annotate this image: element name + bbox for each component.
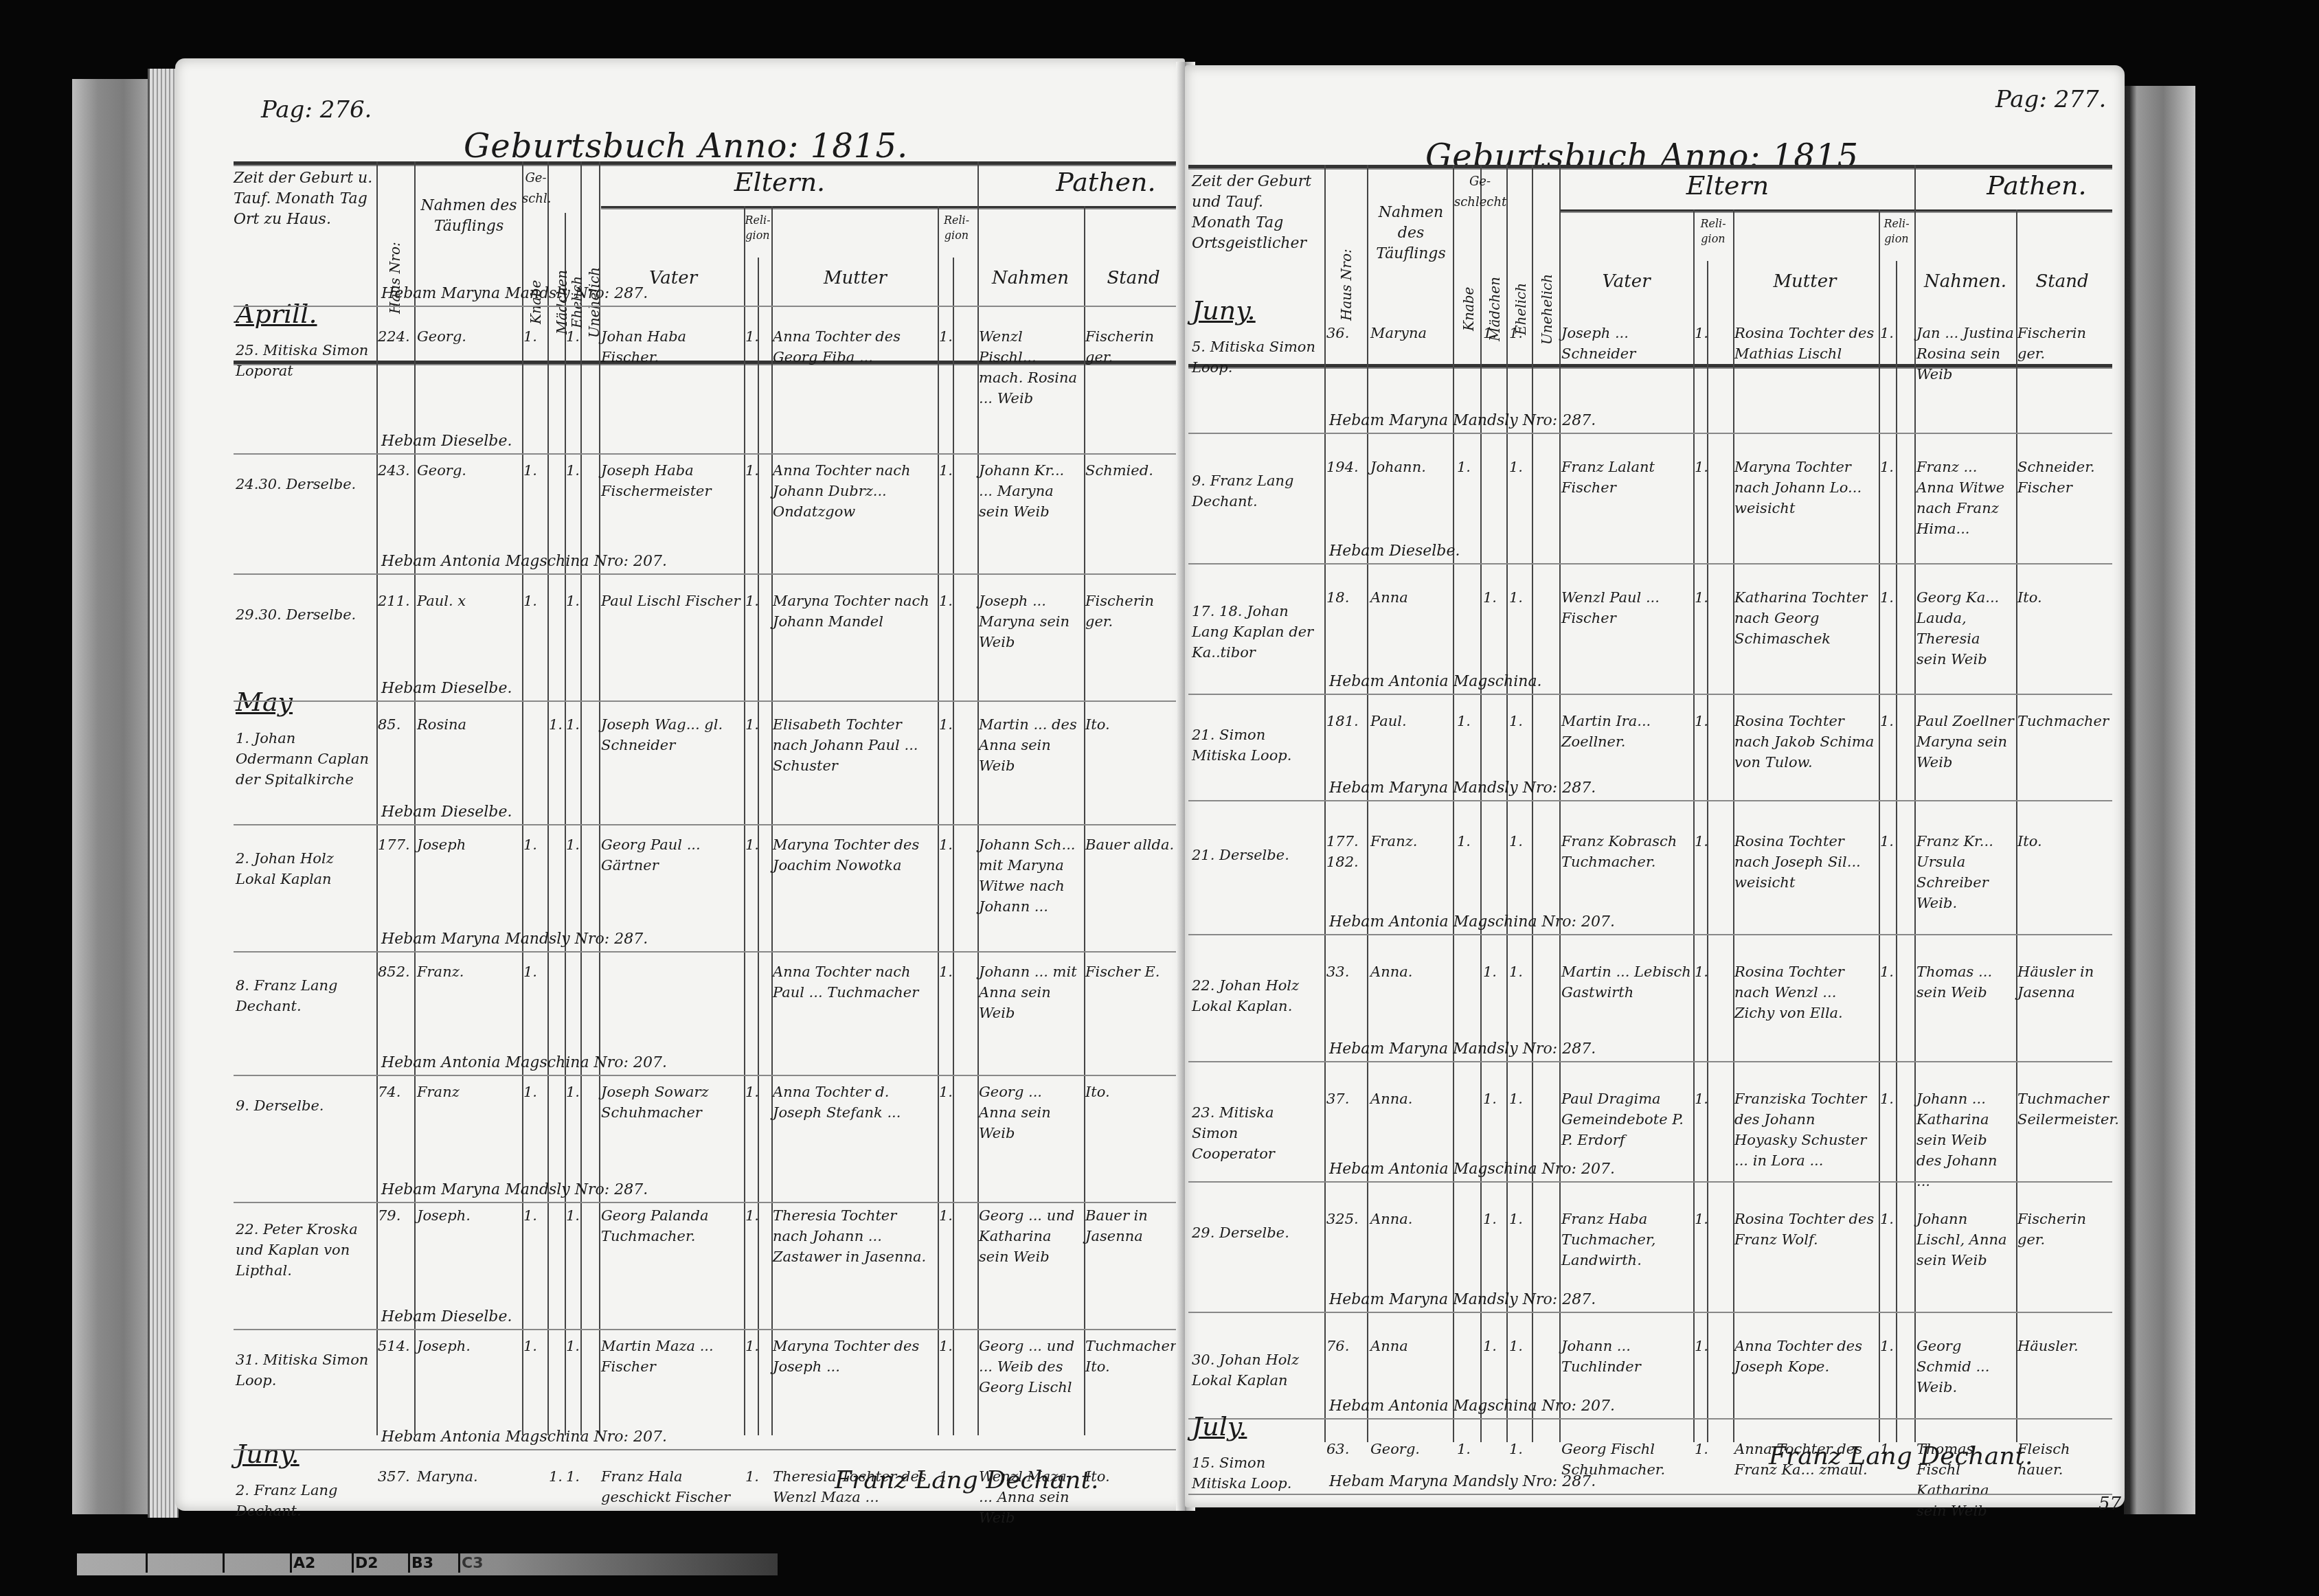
entry-frel: 1. — [745, 326, 770, 347]
entry-date: 22. Johan Holz Lokal Kaplan. — [1192, 975, 1322, 1016]
entry-leg: 1. — [566, 326, 580, 347]
entry-mrel: 1. — [1880, 831, 1913, 852]
entry-child: Maryna — [1370, 323, 1451, 343]
entry-mrel: 1. — [939, 714, 976, 735]
entry-house: 85. — [378, 714, 414, 735]
entry-child: Paul. x — [417, 591, 520, 611]
entry-gp: Joseph ... Maryna sein Weib — [979, 591, 1082, 652]
entry-gp: Georg ... Anna sein Weib — [979, 1082, 1082, 1143]
header-date: Zeit der Geburt und Tauf. Monath Tag Ort… — [1192, 172, 1322, 254]
entry-leg: 1. — [1509, 1439, 1530, 1459]
entry-child: Franz. — [417, 961, 520, 982]
row-separator — [234, 700, 1185, 702]
entry-leg: 1. — [1509, 457, 1530, 477]
entry-father: Georg Paul ... Gärtner — [601, 834, 742, 876]
header-top-rule — [1188, 165, 2112, 170]
month-heading: Juny. — [236, 1439, 299, 1469]
ruler-tick — [223, 1553, 225, 1573]
row-separator — [234, 824, 1185, 825]
entry-gp: Georg ... und ... Weib des Georg Lischl — [979, 1336, 1082, 1398]
entry-gp: Georg ... und Katharina sein Weib — [979, 1205, 1082, 1267]
entry-leg: 1. — [1509, 831, 1530, 852]
entry-leg: 1. — [566, 460, 580, 481]
entry-gp-stand: Tuchmacher Ito. — [1085, 1336, 1181, 1377]
row-separator — [1188, 1312, 2112, 1313]
entry-leg: 1. — [1509, 1088, 1530, 1109]
entry-leg: 1. — [1509, 323, 1530, 343]
entry-mother: Maryna Tochter nach Johann Lo... weisich… — [1734, 457, 1877, 518]
entry-father: Martin Ira... Zoellner. — [1561, 711, 1692, 752]
entry-frel: 1. — [1695, 961, 1729, 982]
entry-father: Franz Hala geschickt Fischer — [601, 1466, 742, 1507]
entry-leg: 1. — [1509, 1209, 1530, 1229]
entry-f: 1. — [549, 1466, 564, 1487]
entry-mother: Katharina Tochter nach Georg Schimaschek — [1734, 587, 1877, 649]
entry-child: Johann. — [1370, 457, 1451, 477]
entry-mother: Franziska Tochter des Johann Hoyasky Sch… — [1734, 1088, 1877, 1171]
entry-frel: 1. — [745, 460, 770, 481]
entry-gp-stand: Tuchmacher Seilermeister. — [2017, 1088, 2107, 1130]
eltern-rule — [601, 206, 1185, 209]
entry-date: 25. Mitiska Simon Loporat — [236, 340, 373, 381]
entry-mother: Anna Tochter nach Johann Dubrz... Ondatz… — [773, 460, 936, 522]
col-divider — [1324, 165, 1326, 1442]
entry-m: 1. — [1457, 831, 1479, 852]
midwife-note: Hebam Maryna Mandsly Nro: 287. — [381, 931, 648, 948]
entry-f: 1. — [1483, 961, 1505, 982]
entry-m: 1. — [523, 961, 547, 982]
entry-frel: 1. — [745, 591, 770, 611]
midwife-note: Hebam Maryna Mandsly Nro: 287. — [1329, 1473, 1596, 1490]
entry-father: Martin Maza ... Fischer — [601, 1336, 742, 1377]
entry-father: Georg Palanda Tuchmacher. — [601, 1205, 742, 1246]
midwife-note: Hebam Maryna Mandsly Nro: 287. — [1329, 1040, 1596, 1058]
entry-house: 357. — [378, 1466, 414, 1487]
entry-mother: Elisabeth Tochter nach Johann Paul ... S… — [773, 714, 936, 776]
ruler-tick — [458, 1553, 460, 1573]
col-divider — [1879, 209, 1880, 1442]
entry-house: 177. 182. — [1326, 831, 1366, 872]
entry-date: 31. Mitiska Simon Loop. — [236, 1349, 373, 1391]
row-separator — [234, 1329, 1185, 1330]
entry-date: 2. Johan Holz Lokal Kaplan — [236, 848, 373, 889]
header-gp-name: Nahmen — [979, 268, 1082, 288]
entry-gp: Franz ... Anna Witwe nach Franz Hima... — [1916, 457, 2014, 539]
entry-father: Johann ... Tuchlinder — [1561, 1336, 1692, 1377]
entry-f: 1. — [1483, 1088, 1505, 1109]
entry-house: 224. — [378, 326, 414, 347]
entry-mrel: 1. — [1880, 323, 1913, 343]
entry-frel: 1. — [1695, 1209, 1729, 1229]
entry-mrel: 1. — [1880, 711, 1913, 731]
entry-gp: Johann ... mit Anna sein Weib — [979, 961, 1082, 1023]
entry-gp-stand: Fischerin ger. — [2017, 1209, 2107, 1250]
entry-child: Georg. — [417, 460, 520, 481]
header-maedchen: Mädchen — [1484, 258, 1505, 361]
row-separator — [1188, 563, 2112, 565]
row-separator — [234, 573, 1185, 575]
entry-house: 852. — [378, 961, 414, 982]
entry-m: 1. — [523, 1205, 547, 1226]
entry-leg: 1. — [1509, 587, 1530, 608]
entry-mrel: 1. — [939, 1082, 976, 1102]
midwife-note: Hebam Antonia Magschina Nro: 207. — [381, 1428, 667, 1446]
entry-gp-stand: Häusler in Jasenna — [2017, 961, 2107, 1003]
entry-mrel: 1. — [939, 460, 976, 481]
entry-father: Joseph Wag... gl. Schneider — [601, 714, 742, 755]
entry-house: 18. — [1326, 587, 1366, 608]
entry-gp-stand: Bauer in Jasenna — [1085, 1205, 1181, 1246]
entry-m: 1. — [523, 591, 547, 611]
row-separator — [1188, 694, 2112, 695]
entry-gp: Johann Sch... mit Maryna Witwe nach Joha… — [979, 834, 1082, 917]
header-pathen: Pathen. — [1030, 172, 1181, 192]
header-name: Nahmen des Täuflings — [1370, 203, 1451, 264]
entry-father: Franz Lalant Fischer — [1561, 457, 1692, 498]
entry-mother: Rosina Tochter nach Joseph Sil... weisic… — [1734, 831, 1877, 893]
entry-date: 17. 18. Johan Lang Kaplan der Ka..tibor — [1192, 601, 1322, 663]
entry-child: Joseph — [417, 834, 520, 855]
entry-mrel: 1. — [939, 834, 976, 855]
entry-frel: 1. — [1695, 323, 1729, 343]
col-divider — [522, 161, 523, 1435]
entry-mother: Anna Tochter nach Paul ... Tuchmacher — [773, 961, 936, 1003]
entry-frel: 1. — [1695, 711, 1729, 731]
entry-leg: 1. — [1509, 1336, 1530, 1356]
header-gender: Ge-schlecht — [1454, 172, 1506, 213]
entry-gp: Georg Ka... Lauda, Theresia sein Weib — [1916, 587, 2014, 670]
header-gender: Ge-schl. — [522, 168, 550, 209]
entry-mother: Theresia Tochter nach Johann ... Zastawe… — [773, 1205, 936, 1267]
left-cover-band — [72, 79, 158, 1514]
entry-date: 30. Johan Holz Lokal Kaplan — [1192, 1349, 1322, 1391]
entry-f: 1. — [549, 714, 564, 735]
entry-mrel: 1. — [939, 1336, 976, 1356]
entry-father: Paul Lischl Fischer — [601, 591, 742, 611]
header-father: Vater — [1563, 271, 1690, 292]
entry-date: 5. Mitiska Simon Loop. — [1192, 337, 1322, 378]
eltern-rule — [1559, 209, 2112, 213]
header-date: Zeit der Geburt u. Tauf. Monath Tag Ort … — [234, 168, 374, 230]
entry-child: Joseph. — [417, 1336, 520, 1356]
col-divider — [414, 161, 416, 1435]
col-divider — [1914, 165, 1916, 1442]
month-heading: July. — [1192, 1411, 1247, 1441]
entry-father: Wenzl Paul ... Fischer — [1561, 587, 1692, 628]
row-separator — [1188, 1061, 2112, 1062]
entry-mrel: 1. — [1880, 457, 1913, 477]
entry-child: Anna. — [1370, 961, 1451, 982]
right-cover-band — [2124, 86, 2195, 1514]
entry-mother: Anna Tochter d. Joseph Stefank ... — [773, 1082, 936, 1123]
entry-frel: 1. — [1695, 831, 1729, 852]
col-divider — [547, 161, 549, 1435]
entry-house: 211. — [378, 591, 414, 611]
entry-gp: Georg Schmid ... Weib. — [1916, 1336, 2014, 1398]
entry-frel: 1. — [745, 1205, 770, 1226]
entry-gp: Martin ... des Anna sein Weib — [979, 714, 1082, 776]
row-separator — [234, 453, 1185, 455]
entry-father: Joseph Haba Fischermeister — [601, 460, 742, 501]
entry-house: 76. — [1326, 1336, 1366, 1356]
entry-date: 9. Franz Lang Dechant. — [1192, 470, 1322, 512]
entry-leg: 1. — [566, 834, 580, 855]
entry-house: 181. — [1326, 711, 1366, 731]
entry-mother: Anna Tochter des Georg Fiba ... — [773, 326, 936, 367]
entry-child: Franz. — [1370, 831, 1451, 852]
entry-date: 15. Simon Mitiska Loop. — [1192, 1452, 1322, 1494]
header-religion-father: Reli-gion — [1693, 216, 1733, 247]
entry-m: 1. — [523, 326, 547, 347]
header-gp-stand: Stand — [1085, 268, 1181, 288]
header-pathen: Pathen. — [1968, 175, 2105, 196]
row-separator — [1188, 934, 2112, 935]
row-separator — [1188, 1494, 2112, 1495]
entry-m: 1. — [1457, 457, 1479, 477]
right-signature: Franz Lang Dechant. — [1769, 1442, 2033, 1470]
row-separator — [234, 1202, 1185, 1203]
entry-frel: 1. — [745, 1336, 770, 1356]
entry-date: 21. Derselbe. — [1192, 845, 1322, 865]
col-divider — [1896, 261, 1897, 1442]
entry-child: Franz — [417, 1082, 520, 1102]
entry-gp-stand: Schmied. — [1085, 460, 1181, 481]
entry-mrel: 1. — [1880, 587, 1913, 608]
entry-gp: Jan ... Justina Rosina sein Weib — [1916, 323, 2014, 385]
entry-f: 1. — [1483, 323, 1505, 343]
entry-father: Johan Haba Fischer. — [601, 326, 742, 367]
ruler-tick — [408, 1553, 410, 1573]
entry-m: 1. — [1457, 1439, 1479, 1459]
row-separator — [234, 1449, 1185, 1450]
ruler-label: A2 — [293, 1555, 315, 1572]
entry-mother: Rosina Tochter des Mathias Lischl — [1734, 323, 1877, 364]
entry-mrel: 1. — [939, 591, 976, 611]
entry-mrel: 1. — [1880, 1209, 1913, 1229]
entry-frel: 1. — [1695, 457, 1729, 477]
entry-house: 33. — [1326, 961, 1366, 982]
header-ehelich: Ehelich — [1511, 258, 1531, 361]
entry-gp-stand: Ito. — [2017, 587, 2107, 608]
midwife-note: Hebam Maryna Mandsly Nro: 287. — [381, 1181, 648, 1198]
entry-m: 1. — [1457, 711, 1479, 731]
midwife-note: Hebam Antonia Magschina Nro: 207. — [381, 1054, 667, 1071]
entry-child: Anna — [1370, 587, 1451, 608]
entry-gp-stand: Ito. — [1085, 1466, 1181, 1487]
entry-child: Anna. — [1370, 1088, 1451, 1109]
midwife-note: Hebam Antonia Magschina Nro: 207. — [1329, 1398, 1615, 1415]
corner-mark: 57 — [2099, 1494, 2121, 1514]
col-divider — [1506, 165, 1508, 1442]
entry-house: 79. — [378, 1205, 414, 1226]
entry-frel: 1. — [745, 714, 770, 735]
entry-f: 1. — [1483, 1209, 1505, 1229]
entry-gp: Paul Zoellner Maryna sein Weib — [1916, 711, 2014, 773]
entry-child: Rosina — [417, 714, 520, 735]
entry-mother: Rosina Tochter nach Wenzl ... Zichy von … — [1734, 961, 1877, 1023]
entry-gp-stand: Fischer E. — [1085, 961, 1181, 982]
entry-gp: Franz Kr... Ursula Schreiber Weib. — [1916, 831, 2014, 913]
entry-child: Anna — [1370, 1336, 1451, 1356]
entry-mother: Maryna Tochter des Joachim Nowotka — [773, 834, 936, 876]
month-heading: Juny. — [1192, 295, 1256, 326]
entry-gp: Wenzl Pischl... mach. Rosina ... Weib — [979, 326, 1082, 409]
entry-father: Franz Kobrasch Tuchmacher. — [1561, 831, 1692, 872]
left-page: Pag: 276. Geburtsbuch Anno: 1815. Zeit d… — [175, 58, 1185, 1511]
entry-gp: Johann Lischl, Anna sein Weib — [1916, 1209, 2014, 1270]
entry-m: 1. — [523, 834, 547, 855]
header-gp-name: Nahmen. — [1916, 271, 2014, 292]
entry-gp: Johann ... Katharina sein Weib des Johan… — [1916, 1088, 2014, 1192]
entry-frel: 1. — [745, 834, 770, 855]
left-page-edges — [148, 69, 179, 1518]
entry-leg: 1. — [566, 714, 580, 735]
entry-child: Anna. — [1370, 1209, 1451, 1229]
entry-mrel: 1. — [939, 961, 976, 982]
entry-gp: Johann Kr... ... Maryna sein Weib — [979, 460, 1082, 522]
entry-leg: 1. — [566, 1205, 580, 1226]
entry-date: 9. Derselbe. — [236, 1095, 373, 1116]
entry-gp-stand: Tuchmacher — [2017, 711, 2107, 731]
col-divider — [1532, 165, 1533, 1442]
header-mother: Mutter — [776, 268, 934, 288]
header-religion-mother: Reli-gion — [1879, 216, 1914, 247]
entry-gp-stand: Ito. — [2017, 831, 2107, 852]
entry-date: 24.30. Derselbe. — [236, 474, 373, 494]
entry-leg: 1. — [566, 591, 580, 611]
entry-leg: 1. — [566, 1466, 580, 1487]
entry-father: Joseph ... Schneider — [1561, 323, 1692, 364]
col-divider — [1084, 206, 1085, 1435]
header-religion-father: Reli-gion — [744, 213, 771, 243]
entry-gp-stand: Ito. — [1085, 1082, 1181, 1102]
header-gp-stand: Stand — [2017, 271, 2107, 292]
entry-m: 1. — [523, 460, 547, 481]
midwife-note: Hebam Dieselbe. — [381, 803, 512, 821]
entry-date: 8. Franz Lang Dechant. — [236, 975, 373, 1016]
entry-house: 37. — [1326, 1088, 1366, 1109]
entry-child: Georg. — [417, 326, 520, 347]
ruler-tick — [290, 1553, 292, 1573]
row-separator — [1188, 1181, 2112, 1183]
left-page-number: Pag: 276. — [261, 96, 372, 124]
entry-child: Paul. — [1370, 711, 1451, 731]
entry-gp-stand: Bauer allda. — [1085, 834, 1181, 855]
entry-mother: Rosina Tochter des Franz Wolf. — [1734, 1209, 1877, 1250]
entry-m: 1. — [523, 1082, 547, 1102]
col-divider — [1707, 261, 1708, 1442]
midwife-note: Hebam Antonia Magschina Nro: 207. — [381, 553, 667, 570]
entry-mrel: 1. — [939, 1205, 976, 1226]
header-eltern: Eltern — [1659, 175, 1796, 196]
entry-house: 243. — [378, 460, 414, 481]
entry-father: Martin ... Lebisch Gastwirth — [1561, 961, 1692, 1003]
header-mother: Mutter — [1734, 271, 1875, 292]
entry-mother: Maryna Tochter des Joseph ... — [773, 1336, 936, 1377]
midwife-note: Hebam Maryna Mandsly Nro: 287. — [381, 285, 648, 302]
entry-child: Joseph. — [417, 1205, 520, 1226]
entry-frel: 1. — [745, 1082, 770, 1102]
entry-leg: 1. — [566, 1082, 580, 1102]
entry-leg: 1. — [1509, 711, 1530, 731]
row-separator — [234, 951, 1185, 953]
left-signature: Franz Lang Dechant. — [835, 1466, 1098, 1494]
midwife-note: Hebam Antonia Magschina Nro: 207. — [1329, 913, 1615, 931]
entry-mother: Anna Tochter des Joseph Kope. — [1734, 1336, 1877, 1377]
header-eltern: Eltern. — [711, 172, 848, 192]
entry-gp-stand: Fischerin ger. — [1085, 591, 1181, 632]
right-page-number: Pag: 277. — [1995, 86, 2106, 113]
midwife-note: Hebam Antonia Magschina Nro: 207. — [1329, 1161, 1615, 1178]
left-page-title: Geburtsbuch Anno: 1815. — [464, 127, 908, 166]
entry-frel: 1. — [1695, 1088, 1729, 1109]
col-divider — [744, 206, 745, 1435]
midwife-note: Hebam Dieselbe. — [381, 433, 512, 450]
entry-f: 1. — [1483, 587, 1505, 608]
entry-date: 1. Johan Odermann Caplan der Spitalkirch… — [236, 728, 373, 790]
month-heading: Aprill. — [236, 299, 317, 329]
entry-gp-stand: Ito. — [1085, 714, 1181, 735]
ruler-tick — [146, 1553, 148, 1573]
entry-mother: Maryna Tochter nach Johann Mandel — [773, 591, 936, 632]
entry-f: 1. — [1483, 1336, 1505, 1356]
entry-father: Paul Dragima Gemeindebote P. P. Erdorf — [1561, 1088, 1692, 1150]
entry-frel: 1. — [1695, 587, 1729, 608]
col-divider — [1733, 209, 1734, 1442]
midwife-note: Hebam Maryna Mandsly Nro: 287. — [1329, 1291, 1596, 1308]
header-knabe: Knabe — [1458, 258, 1479, 361]
entry-mrel: 1. — [1880, 1088, 1913, 1109]
row-separator — [1188, 1418, 2112, 1420]
col-divider — [1559, 165, 1561, 1442]
entry-mrel: 1. — [1880, 961, 1913, 982]
midwife-note: Hebam Dieselbe. — [381, 680, 512, 697]
entry-house: 74. — [378, 1082, 414, 1102]
col-divider — [1367, 165, 1368, 1442]
entry-date: 21. Simon Mitiska Loop. — [1192, 725, 1322, 766]
entry-frel: 1. — [1695, 1439, 1729, 1459]
entry-mother: Rosina Tochter nach Jakob Schima von Tul… — [1734, 711, 1877, 773]
ruler-label: B3 — [411, 1555, 433, 1572]
col-divider — [376, 161, 378, 1435]
entry-house: 63. — [1326, 1439, 1366, 1459]
month-heading: May — [236, 687, 293, 717]
midwife-note: Hebam Dieselbe. — [1329, 543, 1460, 560]
entry-gp-stand: Fischerin ger. — [1085, 326, 1181, 367]
row-separator — [1188, 800, 2112, 801]
entry-frel: 1. — [745, 1466, 770, 1487]
entry-house: 177. — [378, 834, 414, 855]
entry-m: 1. — [523, 1336, 547, 1356]
entry-house: 325. — [1326, 1209, 1366, 1229]
ruler-label: D2 — [355, 1555, 378, 1572]
midwife-note: Hebam Maryna Mandsly Nro: 287. — [1329, 779, 1596, 797]
entry-gp-stand: Fischerin ger. — [2017, 323, 2107, 364]
col-divider — [1693, 209, 1695, 1442]
row-separator — [234, 306, 1185, 307]
ruler-tick — [352, 1553, 354, 1573]
right-page: Pag: 277. Geburtsbuch Anno: 1815 Zeit de… — [1185, 65, 2125, 1507]
entry-date: 29.30. Derselbe. — [236, 604, 373, 625]
entry-child: Georg. — [1370, 1439, 1451, 1459]
entry-house: 194. — [1326, 457, 1366, 477]
right-page-title: Geburtsbuch Anno: 1815 — [1425, 137, 1859, 176]
midwife-note: Hebam Antonia Magschina. — [1329, 673, 1542, 690]
header-religion-mother: Reli-gion — [938, 213, 975, 243]
entry-house: 514. — [378, 1336, 414, 1356]
row-separator — [234, 1075, 1185, 1076]
entry-date: 2. Franz Lang Dechant. — [236, 1480, 373, 1521]
